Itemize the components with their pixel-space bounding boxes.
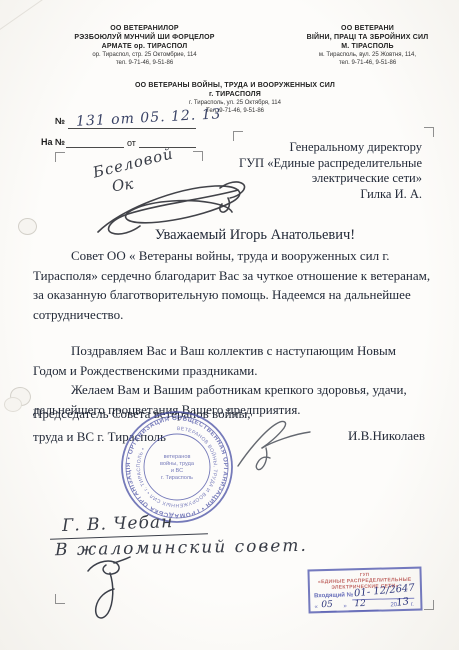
addressee-line: электрические сети»: [210, 171, 422, 187]
salutation: Уважаемый Игорь Анатольевич!: [70, 227, 440, 244]
quote-open: «: [314, 604, 317, 610]
round-stamp-center-line: ветеранов: [164, 454, 191, 460]
letterhead-left-phone: тел. 9-71-46, 9-51-86: [52, 59, 237, 67]
signer-signature: [232, 408, 322, 478]
letterhead-center-line: г. ТИРАСПОЛЯ: [95, 90, 375, 99]
signer-name: И.В.Николаев: [330, 428, 425, 444]
corner-bracket-bottom-left: [55, 594, 65, 604]
punch-hole-top: [18, 218, 37, 235]
letterhead-left-line: АРМАТЕ ор. ТИРАСПОЛ: [52, 42, 237, 51]
paragraph-thanks: Совет ОО « Ветераны войны, труда и воору…: [33, 246, 431, 324]
ref-on-number-line1: [66, 147, 124, 148]
paper-crease: [0, 0, 56, 31]
letterhead-left-address: ор. Тираспол, стр. 25 Октомбрие, 114: [52, 51, 237, 59]
ref-on-number-label: На №: [41, 137, 65, 147]
day-line: [321, 611, 337, 612]
round-stamp-center-line: войны, труда: [160, 460, 195, 467]
corner-bracket-addressee-right: [424, 127, 434, 137]
quote-close: »: [343, 603, 346, 609]
ref-from-label: от: [127, 138, 136, 148]
addressee-line: Гилка И. А.: [210, 187, 422, 203]
addressee-block: Генеральному директору ГУП «Единые распр…: [210, 140, 422, 202]
paragraph-congrats: Поздравляем Вас и Ваш коллектив с наступ…: [33, 341, 431, 380]
round-stamp: ОБЩЕСТВЕННАЯ ОРГАНИЗАЦИЯ • ГРОМАДСЬКА ОР…: [118, 408, 236, 526]
round-stamp-center-line: и ВС: [171, 468, 183, 474]
letterhead-right-phone: тел. 9-71-46, 9-51-86: [300, 59, 435, 67]
ref-number-label: №: [55, 116, 65, 126]
letterhead-left-line: РЭЗБОЮЛУЙ МУНЧИЙ ШИ ФОРЦЕЛОР: [52, 33, 237, 42]
letterhead-right-line: М. ТІРАСПОЛЬ: [300, 42, 435, 51]
incoming-stamp-label: Входящий №: [314, 592, 353, 599]
year-handwritten: 13: [396, 597, 410, 608]
addressee-line: Генеральному директору: [210, 140, 422, 156]
addressee-line: ГУП «Единые распределительные: [210, 156, 422, 172]
letterhead-right-block: ОО ВЕТЕРАНИ ВІЙНИ, ПРАЦІ ТА ЗБРОЙНИХ СИЛ…: [300, 24, 435, 67]
letterhead-right-line: ОО ВЕТЕРАНИ: [300, 24, 435, 33]
letterhead-right-line: ВІЙНИ, ПРАЦІ ТА ЗБРОЙНИХ СИЛ: [300, 33, 435, 42]
scanned-letter-page: ОО ВЕТЕРАНИЛОР РЭЗБОЮЛУЙ МУНЧИЙ ШИ ФОРЦЕ…: [0, 0, 459, 650]
corner-bracket-bottom-right: [424, 600, 434, 610]
letterhead-center-line: ОО ВЕТЕРАНЫ ВОЙНЫ, ТРУДА И ВООРУЖЕННЫХ С…: [95, 81, 375, 90]
month-line: [349, 610, 379, 612]
letterhead-center-address: г. Тирасполь, ул. 25 Октября, 114: [95, 99, 375, 107]
letterhead-right-address: м. Тирасполь, вул. 25 Жовтня, 114,: [300, 51, 435, 59]
corner-bracket-top-left: [55, 152, 65, 162]
corner-bracket-top-right: [193, 151, 203, 161]
round-stamp-center-line: г. Тирасполь: [161, 475, 193, 481]
month-handwritten: 12: [354, 600, 366, 609]
letterhead-left-line: ОО ВЕТЕРАНИЛОР: [52, 24, 237, 33]
flourish-signature: [80, 555, 140, 625]
letterhead-left-block: ОО ВЕТЕРАНИЛОР РЭЗБОЮЛУЙ МУНЧИЙ ШИ ФОРЦЕ…: [52, 24, 237, 67]
note-name: Г. В. Чебан: [62, 512, 174, 536]
punch-hole-bottom-shadow: [4, 397, 22, 412]
day-handwritten: 05: [321, 601, 333, 610]
year-suffix: г.: [411, 602, 414, 608]
incoming-stamp: ГУП «ЕДИНЫЕ РАСПРЕДЕЛИТЕЛЬНЫЕ ЭЛЕКТРИЧЕС…: [307, 567, 422, 614]
